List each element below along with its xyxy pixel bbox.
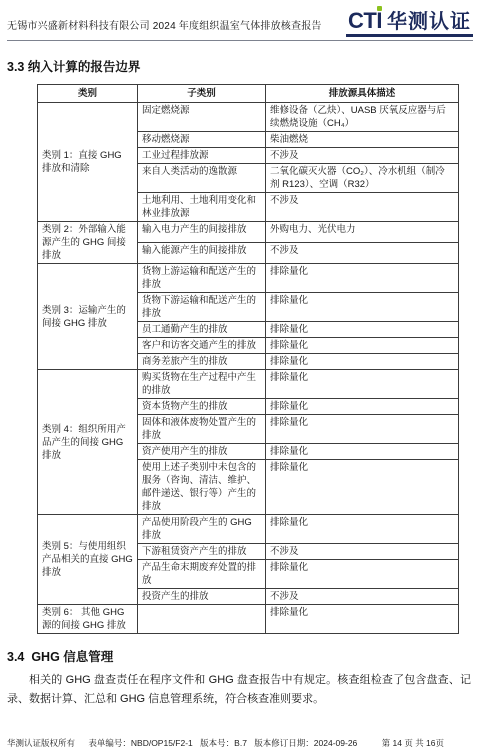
description-cell: 排除量化 — [266, 399, 459, 415]
category-cell: 类别 2：外部输入能源产生的 GHG 间接排放 — [38, 222, 138, 264]
subcategory-cell: 固体和液体废物处置产生的排放 — [138, 415, 266, 444]
subcategory-cell: 固定燃烧源 — [138, 103, 266, 132]
description-cell: 排除量化 — [266, 322, 459, 338]
subcategory-cell: 土地利用、土地利用变化和林业排放源 — [138, 193, 266, 222]
cti-logo-chinese: 华测认证 — [387, 12, 471, 32]
description-cell: 排除量化 — [266, 338, 459, 354]
table-header-row: 类别 子类别 排放源具体描述 — [38, 85, 459, 103]
subcategory-cell: 投资产生的排放 — [138, 589, 266, 605]
description-cell: 排除量化 — [266, 293, 459, 322]
table-row: 类别 5：与使用组织产品相关的直接 GHG 排放产品使用阶段产生的 GHG 排放… — [38, 515, 459, 544]
boundary-table: 类别 子类别 排放源具体描述 类别 1：直接 GHG 排放和清除固定燃烧源维修设… — [37, 84, 459, 634]
category-cell: 类别 6： 其他 GHG 源的间接 GHG 排放 — [38, 605, 138, 634]
subcategory-cell: 输入能源产生的间接排放 — [138, 243, 266, 264]
footer-page-number: 第 14 页 共 16页 — [382, 738, 444, 748]
description-cell: 外购电力、光伏电力 — [266, 222, 459, 243]
subcategory-cell: 客户和访客交通产生的排放 — [138, 338, 266, 354]
subcategory-cell: 员工通勤产生的排放 — [138, 322, 266, 338]
page-footer: 华测认证版权所有 表单编号：NBD/OP15/F2-1 版本号：B.7 版本修订… — [7, 738, 475, 749]
col-header-description: 排放源具体描述 — [266, 85, 459, 103]
page-header: 无锡市兴盛新材料科技有限公司 2024 年度组织温室气体排放核查报告 CTI 华… — [7, 8, 473, 41]
category-cell: 类别 4：组织所用产品产生的间接 GHG 排放 — [38, 370, 138, 515]
table-row: 类别 4：组织所用产品产生的间接 GHG 排放购买货物在生产过程中产生的排放排除… — [38, 370, 459, 399]
document-title: 无锡市兴盛新材料科技有限公司 2024 年度组织温室气体排放核查报告 — [7, 20, 322, 37]
subcategory-cell: 输入电力产生的间接排放 — [138, 222, 266, 243]
description-cell: 排除量化 — [266, 415, 459, 444]
description-cell: 排除量化 — [266, 264, 459, 293]
description-cell: 不涉及 — [266, 544, 459, 560]
col-header-category: 类别 — [38, 85, 138, 103]
description-cell: 二氧化碳灭火器（CO₂）、冷水机组（制冷剂 R123）、空调（R32） — [266, 164, 459, 193]
description-cell: 排除量化 — [266, 370, 459, 399]
description-cell: 排除量化 — [266, 460, 459, 515]
cti-logo: CTI 华测认证 — [346, 8, 473, 37]
description-cell: 柴油燃烧 — [266, 132, 459, 148]
col-header-subcategory: 子类别 — [138, 85, 266, 103]
report-page: 无锡市兴盛新材料科技有限公司 2024 年度组织温室气体排放核查报告 CTI 华… — [0, 0, 482, 709]
table-row: 类别 2：外部输入能源产生的 GHG 间接排放输入电力产生的间接排放外购电力、光… — [38, 222, 459, 243]
description-cell: 排除量化 — [266, 444, 459, 460]
footer-form-number: 表单编号：NBD/OP15/F2-1 — [88, 738, 192, 748]
description-cell: 维修设备（乙炔）、UASB 厌氧反应器与后续燃烧设施（CH₄） — [266, 103, 459, 132]
boundary-table-body: 类别 1：直接 GHG 排放和清除固定燃烧源维修设备（乙炔）、UASB 厌氧反应… — [38, 103, 459, 634]
subcategory-cell: 来自人类活动的逸散源 — [138, 164, 266, 193]
subcategory-cell: 商务差旅产生的排放 — [138, 354, 266, 370]
subcategory-cell: 资产使用产生的排放 — [138, 444, 266, 460]
description-cell: 不涉及 — [266, 243, 459, 264]
description-cell: 排除量化 — [266, 354, 459, 370]
subcategory-cell: 货物上游运输和配送产生的排放 — [138, 264, 266, 293]
category-cell: 类别 5：与使用组织产品相关的直接 GHG 排放 — [38, 515, 138, 605]
description-cell: 不涉及 — [266, 148, 459, 164]
subcategory-cell: 移动燃烧源 — [138, 132, 266, 148]
footer-copyright: 华测认证版权所有 — [7, 738, 75, 748]
subcategory-cell: 购买货物在生产过程中产生的排放 — [138, 370, 266, 399]
description-cell: 排除量化 — [266, 560, 459, 589]
description-cell: 不涉及 — [266, 589, 459, 605]
category-cell: 类别 3：运输产生的间接 GHG 排放 — [38, 264, 138, 370]
boundary-table-head: 类别 子类别 排放源具体描述 — [38, 85, 459, 103]
section-3-4-heading: 3.4 GHG 信息管理 — [7, 647, 473, 665]
section-3-3-heading: 3.3 纳入计算的报告边界 — [7, 57, 473, 75]
description-cell: 排除量化 — [266, 515, 459, 544]
subcategory-cell: 下游租赁资产产生的排放 — [138, 544, 266, 560]
subcategory-cell: 资本货物产生的排放 — [138, 399, 266, 415]
table-row: 类别 1：直接 GHG 排放和清除固定燃烧源维修设备（乙炔）、UASB 厌氧反应… — [38, 103, 459, 132]
cti-green-dot-icon — [377, 6, 382, 11]
description-cell: 不涉及 — [266, 193, 459, 222]
category-cell: 类别 1：直接 GHG 排放和清除 — [38, 103, 138, 222]
subcategory-cell — [138, 605, 266, 634]
footer-version: 版本号：B.7 — [200, 738, 247, 748]
table-row: 类别 3：运输产生的间接 GHG 排放货物上游运输和配送产生的排放排除量化 — [38, 264, 459, 293]
subcategory-cell: 产品使用阶段产生的 GHG 排放 — [138, 515, 266, 544]
section-3-4-paragraph: 相关的 GHG 盘查责任在程序文件和 GHG 盘查报告中有规定。核查组检查了包含… — [7, 671, 471, 709]
table-row: 类别 6： 其他 GHG 源的间接 GHG 排放排除量化 — [38, 605, 459, 634]
description-cell: 排除量化 — [266, 605, 459, 634]
subcategory-cell: 使用上述子类别中未包含的服务（咨询、清洁、维护、邮件递送、银行等）产生的排放 — [138, 460, 266, 515]
footer-revision-date: 版本修订日期：2024-09-26 — [254, 738, 357, 748]
subcategory-cell: 产品生命末期废弃处置的排放 — [138, 560, 266, 589]
subcategory-cell: 货物下游运输和配送产生的排放 — [138, 293, 266, 322]
cti-logo-text: CTI — [348, 10, 382, 32]
subcategory-cell: 工业过程排放源 — [138, 148, 266, 164]
cti-letters: CTI — [348, 8, 382, 33]
